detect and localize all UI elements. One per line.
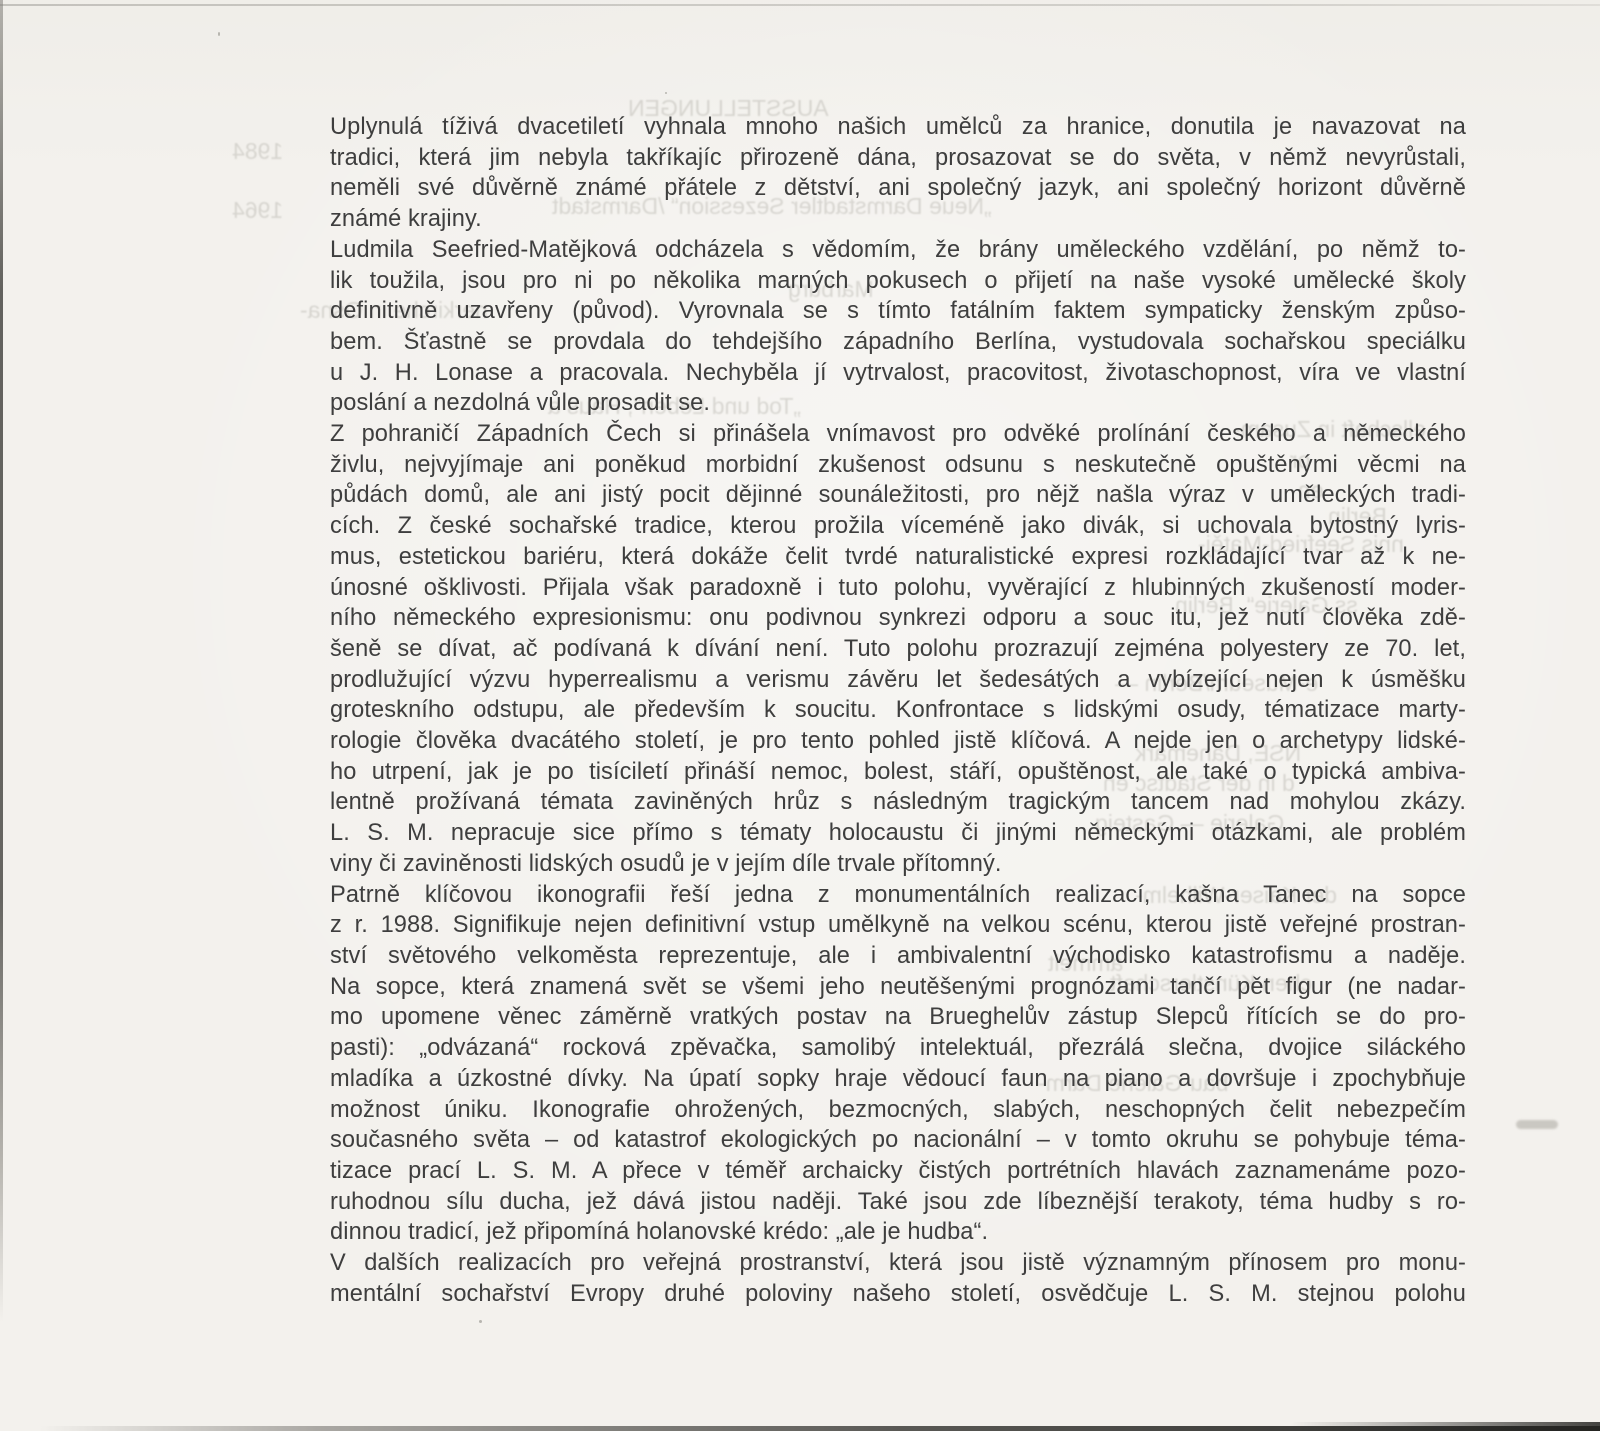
text-line: tizace prací L. S. M. A přece v téměř ar…	[330, 1156, 1466, 1187]
paper-speck	[665, 92, 667, 94]
text-line: neměli své důvěrně známé přátele z dětst…	[330, 173, 1466, 204]
paper-speck	[479, 1320, 482, 1323]
scanned-book-page: { "page": { "paper_color": "#f3f1ed", "t…	[0, 0, 1600, 1431]
text-line: prodlužující výzvu hyperrealismu a veris…	[330, 665, 1466, 696]
text-line: známé krajiny.	[330, 204, 1466, 235]
text-line: mus, estetickou bariéru, která dokáže če…	[330, 542, 1466, 573]
body-text: Uplynulá tíživá dvacetiletí vyhnala mnoh…	[330, 112, 1466, 1309]
text-line: mladíka a úzkostné dívky. Na úpatí sopky…	[330, 1064, 1466, 1095]
text-line: půdách domů, ale ani jistý pocit dějinné…	[330, 480, 1466, 511]
paper-smudge	[1516, 1120, 1558, 1129]
text-line: poslání a nezdolná vůle prosadit se.	[330, 388, 1466, 419]
text-line: definitivně uzavřeny (původ). Vyrovnala …	[330, 296, 1466, 327]
text-line: živlu, nejvyjímaje ani poněkud morbidní …	[330, 450, 1466, 481]
text-line: tradici, která jim nebyla takříkajíc při…	[330, 143, 1466, 174]
text-line: z r. 1988. Signifikuje nejen definitivní…	[330, 910, 1466, 941]
showthrough-text: 1984	[232, 138, 283, 165]
scan-edge-bottom-right	[1290, 1422, 1600, 1431]
text-line: V dalších realizacích pro veřejná prostr…	[330, 1248, 1466, 1279]
text-line: ruhodnou sílu ducha, jež dává jistou nad…	[330, 1187, 1466, 1218]
text-line: mentální sochařství Evropy druhé polovin…	[330, 1279, 1466, 1310]
scan-edge-top	[0, 4, 1600, 6]
text-line: lik toužila, jsou pro ni po několika mar…	[330, 266, 1466, 297]
text-line: bem. Šťastně se provdala do tehdejšího z…	[330, 327, 1466, 358]
text-line: viny či zaviněnosti lidských osudů je v …	[330, 849, 1466, 880]
showthrough-text: 1964	[232, 197, 283, 224]
text-line: mo upomene věnec záměrně vratkých postav…	[330, 1002, 1466, 1033]
text-line: Uplynulá tíživá dvacetiletí vyhnala mnoh…	[330, 112, 1466, 143]
text-line: cích. Z české sochařské tradice, kterou …	[330, 511, 1466, 542]
text-line: Z pohraničí Západních Čech si přinášela …	[330, 419, 1466, 450]
paper-speck	[218, 32, 220, 36]
text-line: ního německého expresionismu: onu podivn…	[330, 603, 1466, 634]
scan-edge-left	[0, 0, 3, 1322]
text-line: ství světového velkoměsta reprezentuje, …	[330, 941, 1466, 972]
text-line: dinnou tradicí, jež připomíná holanovské…	[330, 1217, 1466, 1248]
text-line: šeně se dívat, ač podívaná k dívání není…	[330, 634, 1466, 665]
text-line: možnost úniku. Ikonografie ohrožených, b…	[330, 1095, 1466, 1126]
text-line: únosné ošklivosti. Přijala však paradoxn…	[330, 573, 1466, 604]
text-line: pasti): „odvázaná“ rocková zpěvačka, sam…	[330, 1033, 1466, 1064]
text-line: ho utrpení, jak je po tisíciletí přináší…	[330, 757, 1466, 788]
text-line: groteskního odstupu, ale především k sou…	[330, 695, 1466, 726]
text-line: současného světa – od katastrof ekologic…	[330, 1125, 1466, 1156]
text-line: rologie člověka dvacátého století, je pr…	[330, 726, 1466, 757]
text-line: Patrně klíčovou ikonografii řeší jedna z…	[330, 880, 1466, 911]
text-line: L. S. M. nepracuje sice přímo s tématy h…	[330, 818, 1466, 849]
text-line: lentně prožívaná témata zaviněných hrůz …	[330, 787, 1466, 818]
text-line: Ludmila Seefried-Matějková odcházela s v…	[330, 235, 1466, 266]
text-line: u J. H. Lonase a pracovala. Nechyběla jí…	[330, 358, 1466, 389]
text-line: Na sopce, která znamená svět se všemi je…	[330, 972, 1466, 1003]
